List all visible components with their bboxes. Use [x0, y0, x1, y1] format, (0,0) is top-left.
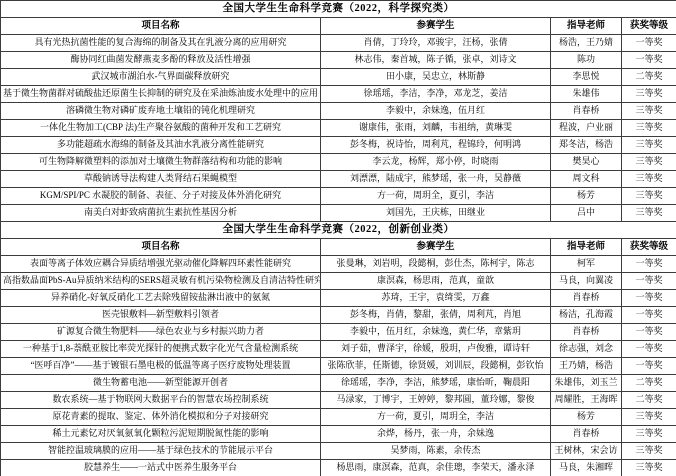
award-level-cell: 一等奖: [622, 52, 676, 69]
table-row: 原花青素的提取、鉴定、体外消化模拟和分子对接研究方一荷，夏引，周玥全，李洁杨芳三…: [1, 409, 676, 426]
award-level-cell: 三等奖: [622, 205, 676, 222]
teachers-cell: 李思悦: [551, 69, 622, 86]
award-level-cell: 三等奖: [622, 460, 676, 476]
section-title: 全国大学生生命科学竞赛（2022，科学探究类）: [1, 1, 676, 18]
project-name-cell: 基于微生物菌群对硫酸盐还原菌生长抑制的研究及在采油炼油废水处理中的应用: [1, 86, 321, 103]
project-name-cell: 一体化生物加工(CBP 法)生产聚谷氨酸的菌种开发和工艺研究: [1, 120, 321, 137]
students-cell: 李毅中，伍月红，余妹逸，黄仁华，章紫玥: [321, 324, 551, 341]
awards-table: 全国大学生生命科学竞赛（2022，科学探究类）项目名称参赛学生指导老师获奖等级具…: [0, 0, 676, 476]
teachers-cell: 吕中: [551, 205, 622, 222]
teachers-cell: 肖春桥: [551, 103, 622, 120]
table-row: 草酸钠诱导法构建人类肾结石果蝇模型刘漂漂，陆成宇，熊梦瑶，张一舟，吴静薇周文科三…: [1, 171, 676, 188]
award-level-cell: 一等奖: [622, 324, 676, 341]
table-row: 多功能超疏水海绵的制备及其油水乳液分离性能研究彭冬梅，祝诗怡，周利芃，程锦玲，何…: [1, 137, 676, 154]
students-cell: 李云龙，杨辉，郑小停，时晓雨: [321, 154, 551, 171]
teachers-cell: 樊昊心: [551, 154, 622, 171]
column-header: 参赛学生: [321, 239, 551, 256]
award-level-cell: 三等奖: [622, 443, 676, 460]
award-level-cell: 三等奖: [622, 154, 676, 171]
table-row: 异养硝化-好氧反硝化工艺去除残留铵盐淋出液中的氨氮苏琦，王宇，袁绮雯，万鑫肖春桥…: [1, 290, 676, 307]
project-name-cell: 高指数晶面PbS-Au异质纳米结构的SERS超灵敏有机污染物检测及自清洁特性研究: [1, 273, 321, 290]
table-row: 智能控温玻璃膜的应用——基于绿色技术的节能展示平台吴梦雨，陈素，余传杰王树林，宋…: [1, 443, 676, 460]
students-cell: 苏琦，王宇，袁绮雯，万鑫: [321, 290, 551, 307]
award-level-cell: 二等奖: [622, 375, 676, 392]
award-level-cell: 一等奖: [622, 358, 676, 375]
students-cell: 张曼琳，刘岩明，段懿桐，彭仕杰，陈柯宇，陈志: [321, 256, 551, 273]
award-level-cell: 一等奖: [622, 35, 676, 52]
table-row: 高指数晶面PbS-Au异质纳米结构的SERS超灵敏有机污染物检测及自清洁特性研究…: [1, 273, 676, 290]
teachers-cell: 程波，户业丽: [551, 120, 622, 137]
project-name-cell: 稀土元素钇对厌氧氨氧化颗粒污泥短期脱氮性能的影响: [1, 426, 321, 443]
project-name-cell: 南美白对虾致病菌抗生素抗性基因分析: [1, 205, 321, 222]
students-cell: 李毅中，余妹逸，伍月红: [321, 103, 551, 120]
teachers-cell: 柯军: [551, 256, 622, 273]
teachers-cell: 杨洁，孔海霞: [551, 307, 622, 324]
teachers-cell: 朱雄伟: [551, 86, 622, 103]
table-row: 稀土元素钇对厌氧氨氧化颗粒污泥短期脱氮性能的影响余烨，杨丹，张一舟，余妹逸肖春桥…: [1, 426, 676, 443]
table-row: 具有光热抗菌性能的复合海绵的制备及其在乳液分离的应用研究肖倩，丁玲玲，邓骏宇，汪…: [1, 35, 676, 52]
project-name-cell: 武汉城市湖泊水-气界面碳释放研究: [1, 69, 321, 86]
project-name-cell: 数农系统—基于物联网大数据平台的智慧农场控制系统: [1, 392, 321, 409]
table-row: 矿源复合微生物肥料——绿色农业与乡村振兴助力者李毅中，伍月红，余妹逸，黄仁华，章…: [1, 324, 676, 341]
project-name-cell: 多功能超疏水海绵的制备及其油水乳液分离性能研究: [1, 137, 321, 154]
students-cell: 田小康，吴忠立，林斯静: [321, 69, 551, 86]
students-cell: 徐瑶瑶，李洁，李净，邓龙芝，姜洁: [321, 86, 551, 103]
students-cell: 徐瑶瑶，李净，李洁，熊梦瑶，康怡昕，鞠晨阳: [321, 375, 551, 392]
award-level-cell: 三等奖: [622, 188, 676, 205]
award-level-cell: 一等奖: [622, 256, 676, 273]
award-level-cell: 二等奖: [622, 69, 676, 86]
table-row: “医呼百净”——基于镀银石墨电极的低温等离子医疗废物处理装置张陈欣菲，任斯德，徐…: [1, 358, 676, 375]
teachers-cell: 王乃婧，杨浩: [551, 358, 622, 375]
teachers-cell: 马良，朱湘晖: [551, 460, 622, 476]
award-level-cell: 一等奖: [622, 290, 676, 307]
teachers-cell: 肖春桥: [551, 324, 622, 341]
teachers-cell: 朱雄伟，刘玉兰: [551, 375, 622, 392]
students-cell: 肖倩，丁玲玲，邓骏宇，汪杨，张倩: [321, 35, 551, 52]
awards-table-body: 全国大学生生命科学竞赛（2022，科学探究类）项目名称参赛学生指导老师获奖等级具…: [1, 1, 676, 476]
teachers-cell: 徐志强，刘念: [551, 341, 622, 358]
project-name-cell: 表面等离子体效应耦合异质结增强光驱动催化降解四环素性能研究: [1, 256, 321, 273]
students-cell: 彭冬梅，肖倩，黎甜，张倩，周利芃，肖旭: [321, 307, 551, 324]
award-level-cell: 三等奖: [622, 409, 676, 426]
project-name-cell: 一种基于1,8-萘酰亚胺比率荧光探针的便携式数字化光气含量检测系统: [1, 341, 321, 358]
project-name-cell: “医呼百净”——基于镀银石墨电极的低温等离子医疗废物处理装置: [1, 358, 321, 375]
column-header: 指导老师: [551, 18, 622, 35]
column-header: 指导老师: [551, 239, 622, 256]
table-row: 一体化生物加工(CBP 法)生产聚谷氨酸的菌种开发和工艺研究谢康伟，张雨，刘麟，…: [1, 120, 676, 137]
table-row: 南美白对虾致病菌抗生素抗性基因分析刘国先，王庆栋，田继业吕中三等奖: [1, 205, 676, 222]
table-row: 可生物降解微塑料的添加对土壤微生物群落结构和功能的影响李云龙，杨辉，郑小停，时晓…: [1, 154, 676, 171]
table-row: 溶磷微生物对磷矿废弃地土壤铅的钝化机理研究李毅中，余妹逸，伍月红肖春桥三等奖: [1, 103, 676, 120]
teachers-cell: 杨芳: [551, 188, 622, 205]
project-name-cell: 草酸钠诱导法构建人类肾结石果蝇模型: [1, 171, 321, 188]
table-row: 表面等离子体效应耦合异质结增强光驱动催化降解四环素性能研究张曼琳，刘岩明，段懿桐…: [1, 256, 676, 273]
project-name-cell: 智能控温玻璃膜的应用——基于绿色技术的节能展示平台: [1, 443, 321, 460]
project-name-cell: 酶协同红曲菌发酵燕麦多酚的释放及活性增强: [1, 52, 321, 69]
table-row: KGM/SPI/PC 水凝胶的制备、表征、分子对接及体外消化研究方一荷，周玥全，…: [1, 188, 676, 205]
column-header: 获奖等级: [622, 239, 676, 256]
students-cell: 杨思雨，康溟森，范真，余佳璁，李荣天，潘永泽: [321, 460, 551, 476]
project-name-cell: 溶磷微生物对磷矿废弃地土壤铅的钝化机理研究: [1, 103, 321, 120]
students-cell: 刘国先，王庆栋，田继业: [321, 205, 551, 222]
award-level-cell: 三等奖: [622, 137, 676, 154]
students-cell: 张陈欣菲，任斯德，徐贤媛，刘训辰，段懿桐，彭钦怡: [321, 358, 551, 375]
table-row: 胶慧养生——一站式中医养生服务平台杨思雨，康溟森，范真，余佳璁，李荣天，潘永泽马…: [1, 460, 676, 476]
students-cell: 刘子茹，曹泽宇，徐媛，殷玥，卢俊雅，谭诗轩: [321, 341, 551, 358]
table-row: 基于微生物菌群对硫酸盐还原菌生长抑制的研究及在采油炼油废水处理中的应用徐瑶瑶，李…: [1, 86, 676, 103]
column-header: 获奖等级: [622, 18, 676, 35]
students-cell: 林志伟，秦首城，陈子循，张卓，刘诗文: [321, 52, 551, 69]
teachers-cell: 杨芳: [551, 409, 622, 426]
section-title-row: 全国大学生生命科学竞赛（2022，创新创业类）: [1, 222, 676, 239]
table-row: 数农系统—基于物联网大数据平台的智慧农场控制系统马渌家，丁博宇，王婷婷，黎邦圆，…: [1, 392, 676, 409]
award-level-cell: 一等奖: [622, 307, 676, 324]
award-level-cell: 三等奖: [622, 120, 676, 137]
award-level-cell: 三等奖: [622, 86, 676, 103]
column-header: 项目名称: [1, 239, 321, 256]
teachers-cell: 马良，向翼凌: [551, 273, 622, 290]
table-row: 一种基于1,8-萘酰亚胺比率荧光探针的便携式数字化光气含量检测系统刘子茹，曹泽宇…: [1, 341, 676, 358]
teachers-cell: 陈功: [551, 52, 622, 69]
project-name-cell: 原花青素的提取、鉴定、体外消化模拟和分子对接研究: [1, 409, 321, 426]
table-row: 武汉城市湖泊水-气界面碳释放研究田小康，吴忠立，林斯静李思悦二等奖: [1, 69, 676, 86]
teachers-cell: 周文科: [551, 171, 622, 188]
project-name-cell: KGM/SPI/PC 水凝胶的制备、表征、分子对接及体外消化研究: [1, 188, 321, 205]
teachers-cell: 郑冬洁，杨浩: [551, 137, 622, 154]
section-title-row: 全国大学生生命科学竞赛（2022，科学探究类）: [1, 1, 676, 18]
project-name-cell: 异养硝化-好氧反硝化工艺去除残留铵盐淋出液中的氨氮: [1, 290, 321, 307]
column-header: 参赛学生: [321, 18, 551, 35]
project-name-cell: 微生物蓄电池——新型能源开创者: [1, 375, 321, 392]
header-row: 项目名称参赛学生指导老师获奖等级: [1, 239, 676, 256]
students-cell: 方一荷，周玥全，夏引，李洁: [321, 188, 551, 205]
students-cell: 马渌家，丁博宇，王婷婷，黎邦圆，董玲娜，黎俊: [321, 392, 551, 409]
award-level-cell: 三等奖: [622, 171, 676, 188]
teachers-cell: 周耀胜，王海晖: [551, 392, 622, 409]
students-cell: 康溟森，杨思雨，范真，童歆: [321, 273, 551, 290]
award-level-cell: 一等奖: [622, 341, 676, 358]
teachers-cell: 王树林，宋会访: [551, 443, 622, 460]
award-level-cell: 三等奖: [622, 103, 676, 120]
students-cell: 方一荷，夏引，周玥全，李洁: [321, 409, 551, 426]
teachers-cell: 杨浩，王乃婧: [551, 35, 622, 52]
students-cell: 余烨，杨丹，张一舟，余妹逸: [321, 426, 551, 443]
section-title: 全国大学生生命科学竞赛（2022，创新创业类）: [1, 222, 676, 239]
award-level-cell: 二等奖: [622, 392, 676, 409]
column-header: 项目名称: [1, 18, 321, 35]
students-cell: 谢康伟，张雨，刘麟，韦祖纳，黄琳雯: [321, 120, 551, 137]
table-row: 酶协同红曲菌发酵燕麦多酚的释放及活性增强林志伟，秦首城，陈子循，张卓，刘诗文陈功…: [1, 52, 676, 69]
project-name-cell: 具有光热抗菌性能的复合海绵的制备及其在乳液分离的应用研究: [1, 35, 321, 52]
teachers-cell: 肖春桥: [551, 426, 622, 443]
project-name-cell: 胶慧养生——一站式中医养生服务平台: [1, 460, 321, 476]
table-row: 医壳银敷料—新型敷料引领者彭冬梅，肖倩，黎甜，张倩，周利芃，肖旭杨洁，孔海霞一等…: [1, 307, 676, 324]
students-cell: 彭冬梅，祝诗怡，周利芃，程锦玲，何明鸿: [321, 137, 551, 154]
students-cell: 刘漂漂，陆成宇，熊梦瑶，张一舟，吴静薇: [321, 171, 551, 188]
award-level-cell: 三等奖: [622, 426, 676, 443]
project-name-cell: 可生物降解微塑料的添加对土壤微生物群落结构和功能的影响: [1, 154, 321, 171]
project-name-cell: 医壳银敷料—新型敷料引领者: [1, 307, 321, 324]
students-cell: 吴梦雨，陈素，余传杰: [321, 443, 551, 460]
header-row: 项目名称参赛学生指导老师获奖等级: [1, 18, 676, 35]
award-level-cell: 一等奖: [622, 273, 676, 290]
project-name-cell: 矿源复合微生物肥料——绿色农业与乡村振兴助力者: [1, 324, 321, 341]
table-row: 微生物蓄电池——新型能源开创者徐瑶瑶，李净，李洁，熊梦瑶，康怡昕，鞠晨阳朱雄伟，…: [1, 375, 676, 392]
teachers-cell: 肖春桥: [551, 290, 622, 307]
